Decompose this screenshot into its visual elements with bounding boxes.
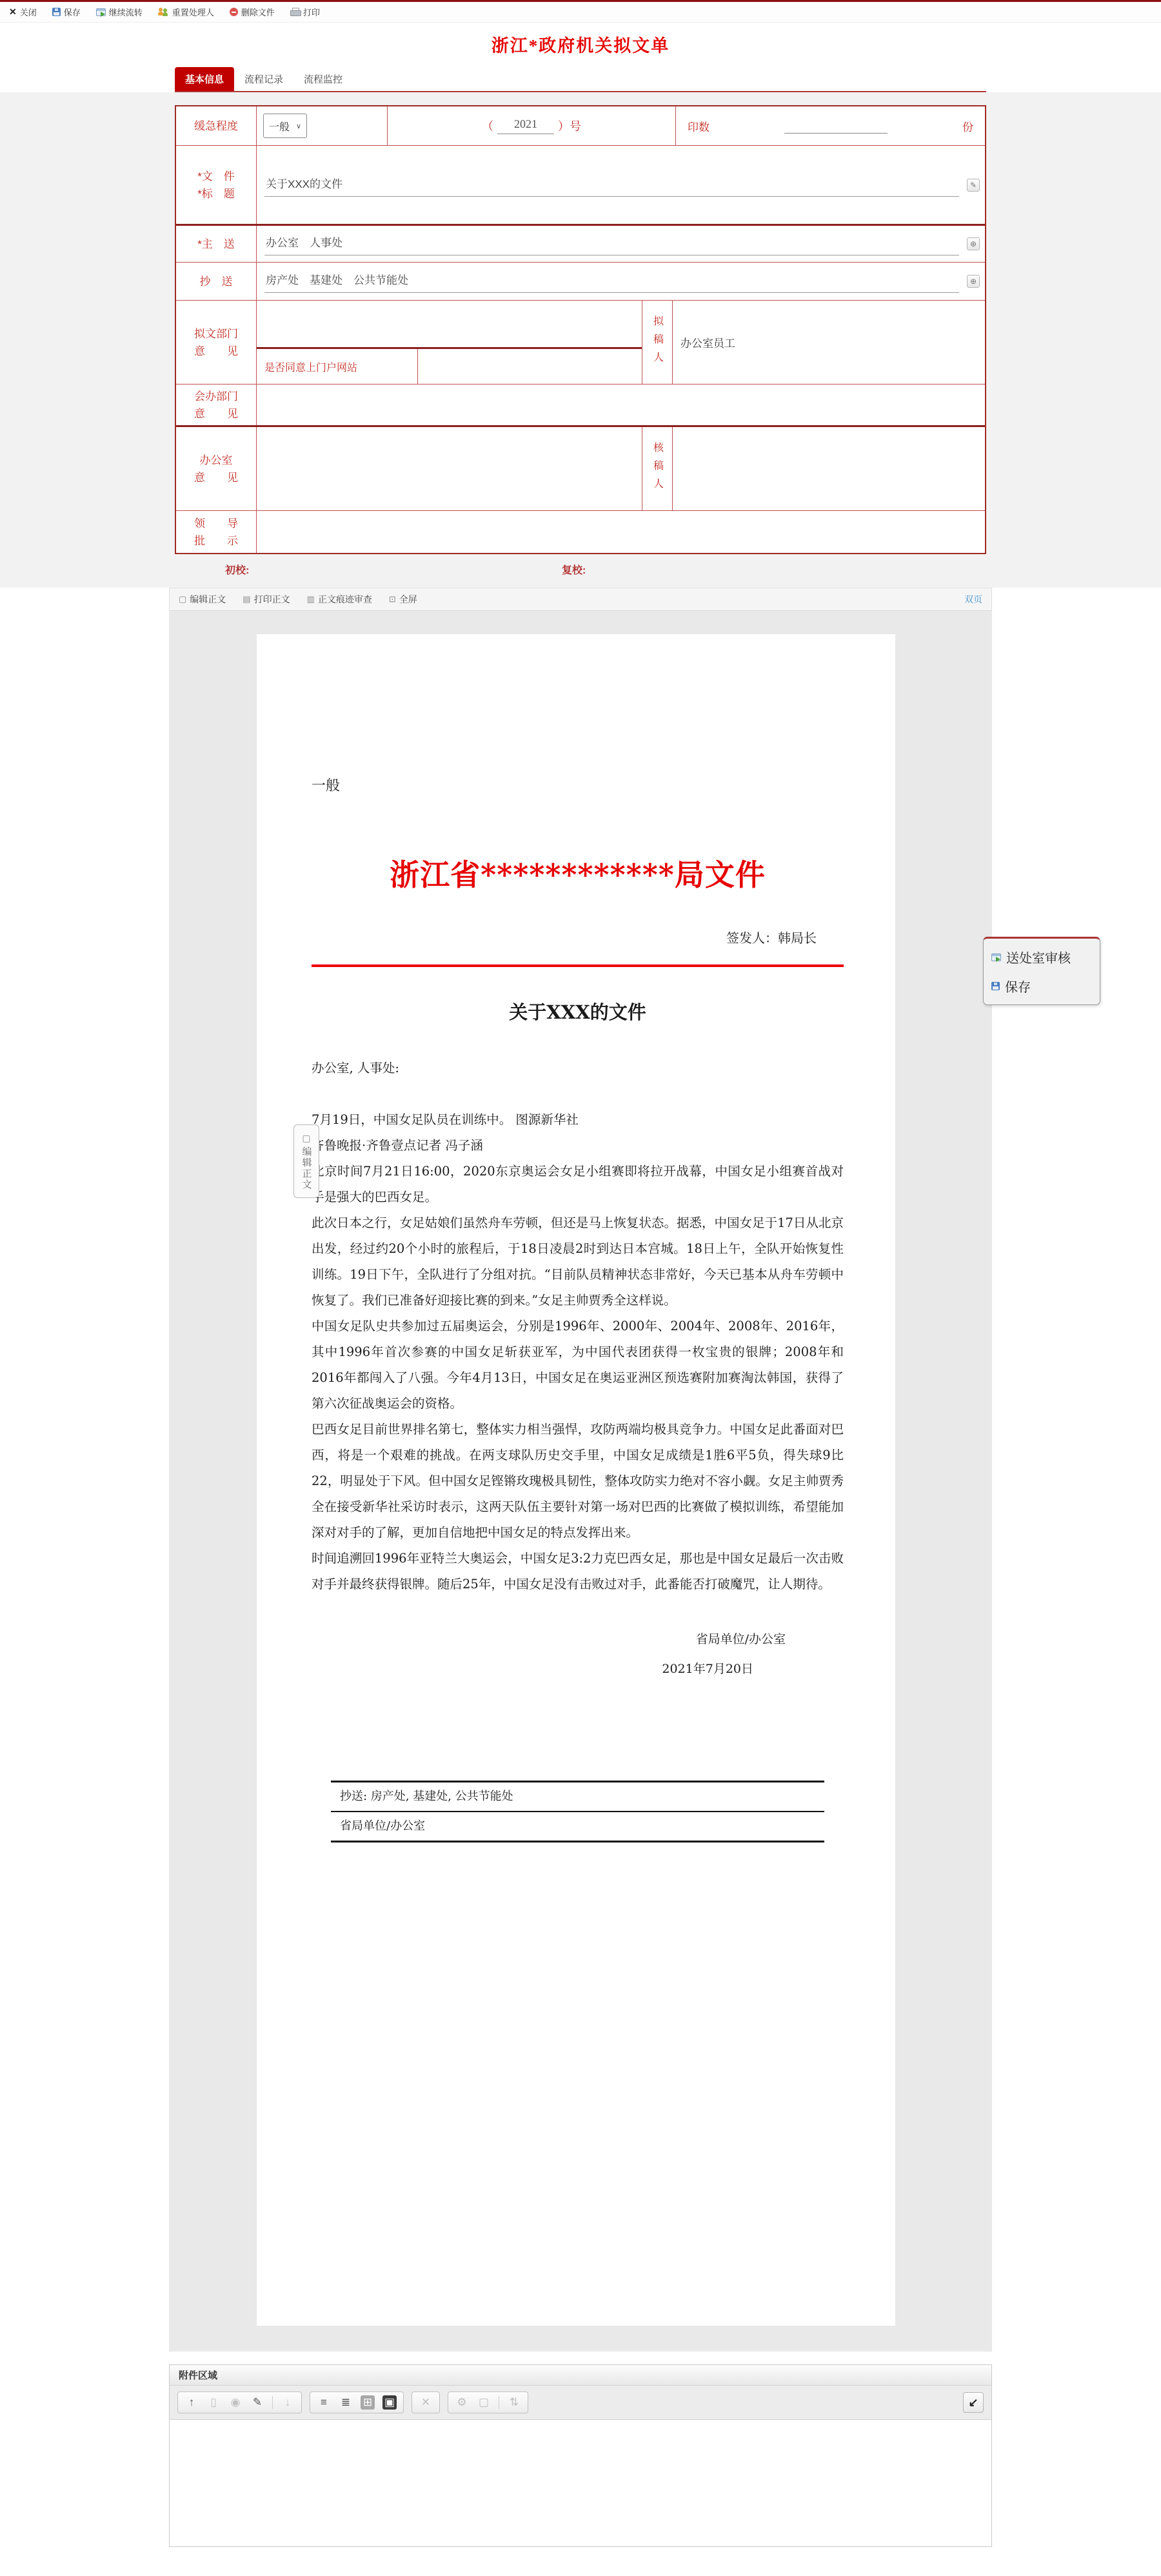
cc-input[interactable]: 房产处 基建处 公共节能处	[264, 270, 959, 293]
image-view-icon[interactable]: ▣	[382, 2395, 397, 2410]
divider	[272, 2396, 273, 2409]
ordered-list-view-icon[interactable]: ≣	[339, 2395, 353, 2410]
delete-icon	[230, 8, 238, 16]
send-to-review-button[interactable]: 送处室审核	[991, 948, 1092, 966]
person-picker-icon: ⊕	[970, 239, 977, 248]
office-opinion-area[interactable]	[257, 427, 642, 510]
person-picker-icon: ⊕	[970, 277, 977, 286]
doc-salutation: 办公室, 人事处:	[312, 1055, 844, 1081]
print-unit-label: 份	[962, 118, 973, 134]
doc-paragraph: 齐鲁晚报·齐鲁壹点记者 冯子涵	[312, 1133, 844, 1159]
doc-red-line	[312, 964, 844, 967]
save-button[interactable]: 保存	[52, 6, 81, 18]
drafter-label: 拟稿人	[642, 301, 673, 384]
sort-icon[interactable]: ⇅	[507, 2395, 521, 2410]
print-count-input[interactable]	[784, 118, 888, 134]
attachment-view-group: ≡ ≣ ⊞ ▣	[310, 2391, 404, 2413]
trace-review-button[interactable]: ▥正文痕迹审查	[307, 593, 372, 606]
doc-sign-date: 2021年7月20日	[312, 1654, 844, 1684]
draft-dept-opinion-area[interactable]	[257, 301, 642, 349]
file-title-input[interactable]: 关于XXX的文件	[264, 174, 959, 197]
doc-footer-block: 抄送: 房产处, 基建处, 公共节能处 省局单位/办公室	[331, 1781, 824, 1842]
print-count-label: 印数	[688, 118, 709, 134]
close-icon: ✕	[9, 6, 17, 17]
two-page-link[interactable]: 双页	[964, 593, 982, 606]
continue-flow-button[interactable]: 继续流转	[96, 6, 143, 18]
trash-icon[interactable]: ▯	[206, 2395, 221, 2410]
doc-issuer: 签发人：韩局长	[312, 928, 844, 946]
form-section: 缓急程度 一般 ∨ （ 2021 ）号 印数 份	[0, 92, 1161, 588]
preview-icon[interactable]: ◉	[228, 2395, 243, 2410]
flow-icon	[96, 8, 106, 16]
tab-bar: 基本信息 流程记录 流程监控	[175, 67, 986, 92]
tab-flow-record[interactable]: 流程记录	[234, 67, 293, 91]
leader-remarks-label: 领 导批 示	[176, 511, 257, 553]
doc-paragraph: 中国女足队史共参加过五届奥运会，分别是1996年、2000年、2004年、200…	[312, 1313, 844, 1417]
title-edit-button[interactable]: ✎	[967, 179, 980, 192]
doc-paragraph: 北京时间7月21日16:00，2020东京奥运会女足小组赛即将拉开战幕，中国女足…	[312, 1159, 844, 1210]
document-toolbar: ▢编辑正文 ▤打印正文 ▥正文痕迹审查 ⊡全屏 双页	[169, 588, 992, 611]
drafter-value: 办公室员工	[673, 334, 735, 350]
doc-footer-cc: 抄送: 房产处, 基建处, 公共节能处	[331, 1782, 824, 1811]
attachment-header: 附件区域	[170, 2365, 991, 2386]
main-send-input[interactable]: 办公室 人事处	[264, 232, 959, 255]
leader-remarks-area[interactable]	[257, 511, 985, 553]
list-view-icon[interactable]: ≡	[317, 2395, 331, 2410]
edit-icon: ✎	[970, 181, 977, 190]
portal-question-label: 是否同意上门户网站	[257, 349, 418, 384]
collapse-arrow-icon: ↙	[968, 2396, 978, 2410]
tab-flow-monitor[interactable]: 流程监控	[293, 67, 353, 91]
doc-paragraph: 7月19日，中国女足队员在训练中。 图源新华社	[312, 1107, 844, 1133]
fullscreen-button[interactable]: ⊡全屏	[389, 593, 417, 606]
save-icon	[991, 982, 1000, 990]
printer-icon	[290, 8, 300, 16]
doc-red-header: 浙江省************局文件	[312, 852, 844, 894]
print-button[interactable]: 打印	[290, 6, 320, 18]
portal-answer-area[interactable]	[418, 349, 642, 384]
edit-body-button[interactable]: ▢编辑正文	[179, 593, 226, 606]
document-icon: ▢	[179, 594, 186, 604]
document-page: 一般 浙江省************局文件 签发人：韩局长 关于XXX的文件 办…	[257, 634, 895, 2326]
doc-footer-org: 省局单位/办公室	[331, 1812, 824, 1841]
doc-signature-block: 省局单位/办公室 2021年7月20日	[312, 1624, 844, 1684]
doc-paragraph: 时间追溯回1996年亚特兰大奥运会，中国女足3:2力克巴西女足，那也是中国女足最…	[312, 1546, 844, 1597]
people-icon	[158, 8, 169, 16]
doc-paragraph: 巴西女足目前世界排名第七，整体实力相当强悍，攻防两端均极具竞争力。中国女足此番面…	[312, 1417, 844, 1546]
main-send-picker-button[interactable]: ⊕	[967, 237, 980, 250]
collapse-button[interactable]: ↙	[963, 2392, 984, 2413]
main-toolbar: ✕关闭 保存 继续流转 重置处理人 删除文件 打印	[0, 2, 1161, 23]
delete-file-button[interactable]: 删除文件	[230, 6, 275, 18]
attachment-content-area[interactable]	[170, 2420, 991, 2546]
attachment-settings-group: ⚙ ▢ ⇅	[448, 2391, 528, 2413]
attachment-panel: 附件区域 ↑ ▯ ◉ ✎ ↓ ≡ ≣ ⊞ ▣ ✕ ⚙ ▢	[169, 2364, 992, 2547]
chevron-down-icon: ∨	[296, 122, 301, 130]
doc-paragraph: 此次日本之行，女足姑娘们虽然舟车劳顿，但还是马上恢复状态。据悉，中国女足于17日…	[312, 1210, 844, 1313]
document-preview-area: 一般 浙江省************局文件 签发人：韩局长 关于XXX的文件 办…	[169, 611, 992, 2351]
reviewer-value-area[interactable]	[673, 427, 985, 510]
attachment-clear-group: ✕	[412, 2391, 440, 2413]
spacer	[0, 2351, 1161, 2364]
divider	[499, 2396, 499, 2409]
file-title-label: *文 件*标 题	[176, 146, 257, 224]
save-icon	[52, 8, 61, 16]
settings-gear-icon[interactable]: ⚙	[455, 2395, 469, 2410]
doc-number-year-input[interactable]: 2021	[497, 117, 554, 134]
doc-title: 关于XXX的文件	[312, 998, 844, 1024]
trace-icon: ▥	[307, 594, 315, 604]
edit-icon[interactable]: ✎	[250, 2395, 264, 2410]
urgency-select[interactable]: 一般 ∨	[263, 114, 307, 138]
doc-sign-org: 省局单位/办公室	[312, 1624, 844, 1654]
footer-line	[331, 1841, 824, 1842]
upload-icon[interactable]: ↑	[184, 2395, 199, 2410]
cc-picker-button[interactable]: ⊕	[967, 275, 980, 288]
side-save-button[interactable]: 保存	[991, 977, 1092, 995]
form-table: 缓急程度 一般 ∨ （ 2021 ）号 印数 份	[175, 105, 986, 554]
doc-body: 办公室, 人事处: 7月19日，中国女足队员在训练中。 图源新华社 齐鲁晚报·齐…	[312, 1055, 844, 1597]
reviewer-label: 核稿人	[642, 427, 673, 510]
main-send-label: *主 送	[176, 226, 257, 262]
clear-icon[interactable]: ✕	[419, 2395, 433, 2410]
attachment-file-group: ↑ ▯ ◉ ✎ ↓	[177, 2391, 302, 2413]
co-dept-opinion-label: 会办部门意 见	[176, 384, 257, 425]
flow-icon	[991, 954, 1001, 961]
tab-basic-info[interactable]: 基本信息	[175, 67, 234, 91]
close-button[interactable]: ✕关闭	[9, 6, 37, 18]
edit-body-side-tab[interactable]: ▢ 编辑正文	[293, 1124, 319, 1198]
download-icon[interactable]: ↓	[281, 2395, 295, 2410]
grid-view-icon[interactable]: ⊞	[361, 2395, 375, 2410]
draft-dept-opinion-label: 拟文部门意 见	[176, 301, 257, 384]
second-proof-label: 复校:	[562, 562, 586, 577]
co-dept-opinion-area[interactable]	[257, 384, 985, 425]
cc-label: 抄 送	[176, 263, 257, 300]
side-action-panel: 送处室审核 保存	[983, 937, 1100, 1005]
document-icon[interactable]: ▢	[477, 2395, 491, 2410]
print-body-button[interactable]: ▤打印正文	[243, 593, 290, 606]
printer-icon: ▤	[243, 594, 250, 604]
office-opinion-label: 办公室意 见	[176, 427, 257, 510]
reset-handler-button[interactable]: 重置处理人	[158, 6, 214, 18]
first-proof-label: 初校:	[225, 562, 249, 577]
page-title: 浙江*政府机关拟文单	[0, 32, 1161, 57]
attachment-toolbar: ↑ ▯ ◉ ✎ ↓ ≡ ≣ ⊞ ▣ ✕ ⚙ ▢ ⇅	[170, 2386, 991, 2420]
fullscreen-icon: ⊡	[389, 594, 396, 604]
proof-row: 初校: 复校:	[175, 558, 986, 580]
doc-urgency: 一般	[312, 775, 844, 795]
page-root: ✕关闭 保存 继续流转 重置处理人 删除文件 打印 浙江*政府机关拟文单 基本信…	[0, 0, 1161, 2547]
document-icon: ▢	[302, 1133, 310, 1144]
urgency-label: 缓急程度	[176, 106, 257, 145]
